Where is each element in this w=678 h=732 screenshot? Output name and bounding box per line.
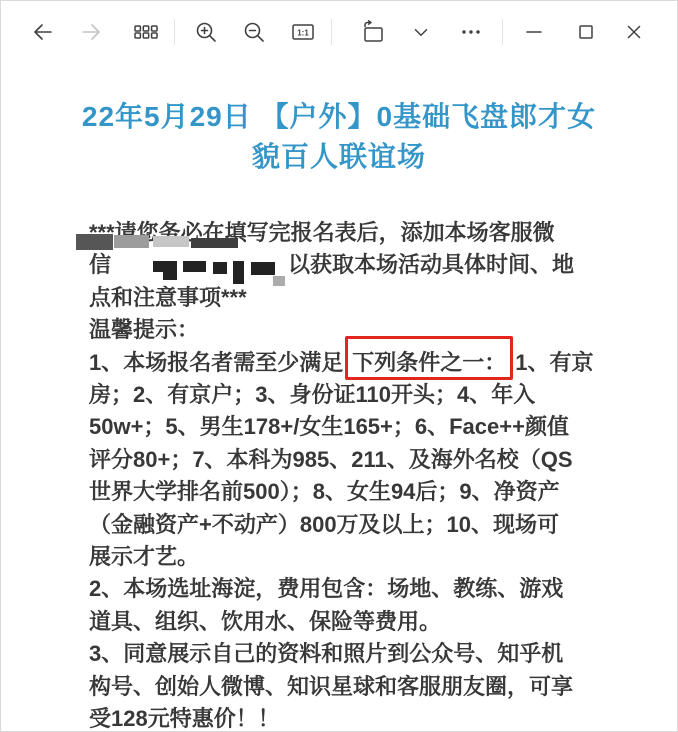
toolbar: 1:1 — [1, 1, 677, 63]
chevron-down-icon — [410, 21, 432, 43]
highlighted-text: 下列条件之一： — [345, 336, 513, 380]
document-line: 展示才艺。 — [89, 541, 594, 573]
document-line: 世界大学排名前500）；8、女生94后；9、净资产 — [89, 476, 594, 508]
toolbar-divider — [331, 19, 332, 45]
maximize-button[interactable] — [570, 16, 602, 48]
minimize-icon — [522, 20, 546, 44]
zoom-out-button[interactable] — [238, 16, 270, 48]
gallery-button[interactable] — [130, 16, 162, 48]
gallery-grid-icon — [133, 19, 159, 45]
document-line: 2、本场选址海淀，费用包含：场地、教练、游戏 — [89, 573, 594, 605]
line-suffix: 以获取本场活动具体时间、地 — [288, 252, 574, 277]
back-button[interactable] — [27, 16, 59, 48]
document-title-line1: 22年5月29日 【户外】0基础飞盘郎才女 — [1, 97, 677, 137]
line-suffix: 1、有京 — [515, 350, 593, 375]
photo-canvas[interactable]: 22年5月29日 【户外】0基础飞盘郎才女 貌百人联谊场 ***请您务必在填写完… — [1, 63, 677, 732]
document-line: 1、本场报名者需至少满足下列条件之一：1、有京 — [89, 347, 594, 379]
document-line: 信以获取本场活动具体时间、地 — [89, 249, 594, 281]
document-line: ***请您务必在填写完报名表后，添加本场客服微 — [89, 217, 594, 249]
document-line: 房；2、有京户；3、身份证110开头；4、年入 — [89, 379, 594, 411]
minimize-button[interactable] — [518, 16, 550, 48]
actual-size-label: 1:1 — [297, 29, 309, 38]
line-prefix: 信 — [89, 252, 111, 277]
document-line: 评分80+；7、本科为985、211、及海外名校（QS — [89, 444, 594, 476]
rotate-button[interactable] — [357, 16, 389, 48]
document-line: 点和注意事项*** — [89, 282, 594, 314]
zoom-out-icon — [242, 20, 266, 44]
ellipsis-icon — [459, 20, 483, 44]
document-line: 构号、创始人微博、知识星球和客服朋友圈，可享 — [89, 671, 594, 703]
document-title: 22年5月29日 【户外】0基础飞盘郎才女 貌百人联谊场 — [1, 97, 677, 177]
rotate-icon — [360, 19, 386, 45]
forward-icon — [79, 20, 103, 44]
zoom-in-icon — [194, 20, 218, 44]
document-line: （金融资产+不动产）800万及以上；10、现场可 — [89, 509, 594, 541]
more-options-button[interactable] — [455, 16, 487, 48]
document-line: 受128元特惠价！！ — [89, 703, 594, 732]
document-line: 3、同意展示自己的资料和照片到公众号、知乎机 — [89, 638, 594, 670]
line-prefix: 1、本场报名者需至少满足 — [89, 350, 343, 375]
actual-size-icon: 1:1 — [290, 19, 316, 45]
expand-menu-button[interactable] — [405, 16, 437, 48]
toolbar-divider — [502, 19, 503, 45]
maximize-icon — [574, 20, 598, 44]
back-icon — [31, 20, 55, 44]
document-body: ***请您务必在填写完报名表后，添加本场客服微信以获取本场活动具体时间、地点和注… — [89, 217, 594, 732]
toolbar-divider — [174, 19, 175, 45]
actual-size-button[interactable]: 1:1 — [287, 16, 319, 48]
document-line: 温馨提示： — [89, 314, 594, 346]
photo-viewer-window: 1:1 22年5月29日 【户外】0基础飞盘郎才 — [0, 0, 678, 732]
close-icon — [622, 20, 646, 44]
document-line: 道具、组织、饮用水、保险等费用。 — [89, 606, 594, 638]
document-line: 50w+；5、男生178+/女生165+；6、Face++颜值 — [89, 411, 594, 443]
close-button[interactable] — [618, 16, 650, 48]
document-title-line2: 貌百人联谊场 — [1, 137, 677, 177]
zoom-in-button[interactable] — [190, 16, 222, 48]
forward-button[interactable] — [75, 16, 107, 48]
